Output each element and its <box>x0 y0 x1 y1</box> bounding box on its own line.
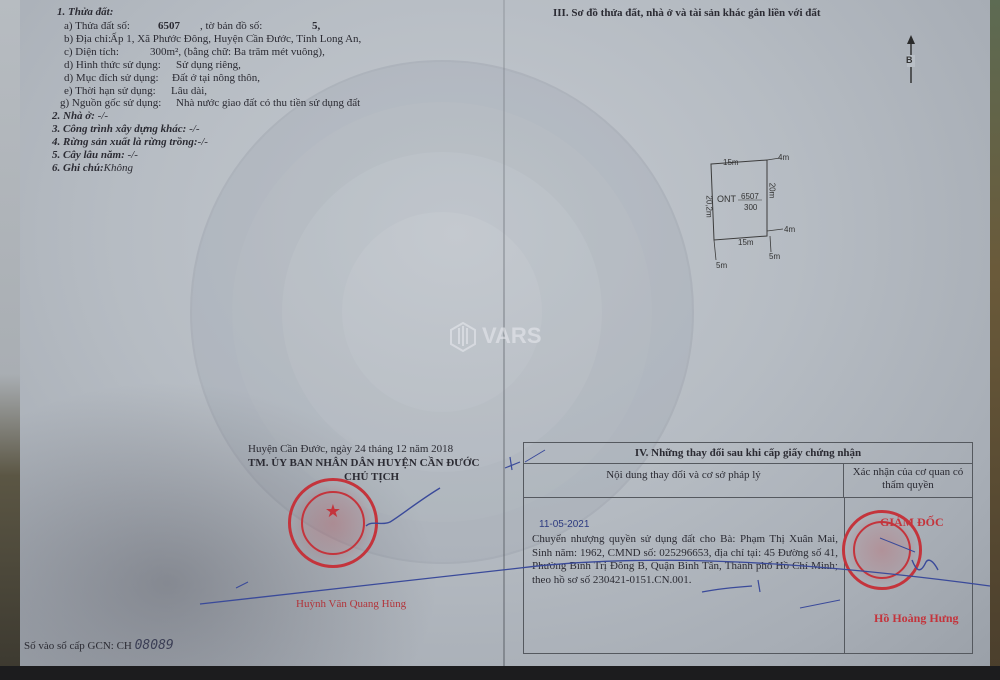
dimension-bottom-left: 5m <box>716 261 727 270</box>
use-form-row: d) Hình thức sử dụng:Sử dụng riêng, <box>64 59 241 72</box>
registry-value: 08089 <box>135 638 174 653</box>
item-value: -/- <box>127 149 137 161</box>
official-seal-right <box>842 510 922 590</box>
dimension-top-right: 4m <box>778 153 789 162</box>
changes-column-header-content: Nội dung thay đổi và cơ sở pháp lý <box>524 464 844 498</box>
issuing-authority: TM. ỦY BAN NHÂN DÂN HUYỆN CẦN ĐƯỚC <box>248 457 479 469</box>
dimension-left: 20,2m <box>705 195 714 217</box>
use-purpose-value: Đất ở tại nông thôn, <box>172 72 260 84</box>
origin-label: g) Nguồn gốc sử dụng: <box>60 97 176 110</box>
changes-column-header-confirmation: Xác nhận của cơ quan có thẩm quyền <box>844 464 972 498</box>
item-label: 3. Công trình xây dựng khác: <box>52 123 186 135</box>
item-value: -/- <box>189 123 199 135</box>
section3-title: III. Sơ đồ thửa đất, nhà ở và tài sản kh… <box>553 7 821 19</box>
area-row: c) Diện tích:300m², (bằng chữ: Ba trăm m… <box>64 46 325 59</box>
item-note: 6. Ghi chú:Không <box>52 162 133 175</box>
item-planted-forest: 4. Rừng sản xuất là rừng trồng:-/- <box>52 136 208 149</box>
address-value: Ấp 1, Xã Phước Đông, Huyện Cần Đước, Tỉn… <box>110 33 361 45</box>
use-purpose-row: d) Mục đích sử dụng:Đất ở tại nông thôn, <box>64 72 260 85</box>
dimension-bottom: 15m <box>738 238 754 247</box>
address-label: b) Địa chỉ: <box>64 33 110 46</box>
address-row: b) Địa chỉ:Ấp 1, Xã Phước Đông, Huyện Cầ… <box>64 33 361 46</box>
use-form-value: Sử dụng riêng, <box>176 59 241 71</box>
registry-label: Số vào sổ cấp GCN: CH <box>24 640 132 652</box>
column-divider <box>844 498 845 653</box>
signer-title: CHỦ TỊCH <box>344 471 399 483</box>
item-other-construction: 3. Công trình xây dựng khác: -/- <box>52 123 199 136</box>
dimension-top: 15m <box>723 158 739 167</box>
north-label: B <box>906 55 913 65</box>
item-label: 5. Cây lâu năm: <box>52 149 125 161</box>
official-seal-left: ★ <box>288 478 378 568</box>
area-label: c) Diện tích: <box>64 46 150 59</box>
issue-date-line: Huyện Cần Đước, ngày 24 tháng 12 năm 201… <box>248 443 453 455</box>
item-label: 2. Nhà ở: <box>52 110 95 122</box>
vars-logo-icon <box>450 322 476 352</box>
use-form-label: d) Hình thức sử dụng: <box>64 59 176 72</box>
origin-row: g) Nguồn gốc sử dụng:Nhà nước giao đất c… <box>60 97 360 110</box>
star-icon: ★ <box>325 501 341 522</box>
vars-watermark: VARS <box>450 322 542 352</box>
area-value: 300m², (bằng chữ: Ba trăm mét vuông), <box>150 46 325 58</box>
item-value: Không <box>104 162 133 174</box>
item-label: 4. Rừng sản xuất là rừng trồng: <box>52 136 198 148</box>
dimension-right: 20m <box>767 183 776 199</box>
diagram-parcel-number: 6507 <box>741 192 759 201</box>
registry-number: Số vào sổ cấp GCN: CH 08089 <box>24 638 174 653</box>
origin-value: Nhà nước giao đất có thu tiền sử dụng đấ… <box>176 97 360 109</box>
section1-heading: 1. Thửa đất: <box>57 6 113 19</box>
changes-table-title: IV. Những thay đổi sau khi cấp giấy chứn… <box>524 443 972 464</box>
dimension-bottom-right: 4m <box>784 225 795 234</box>
map-sheet-value: 5, <box>312 20 320 32</box>
item-value: -/- <box>98 110 108 122</box>
use-term-value: Lâu dài, <box>171 85 207 97</box>
confirming-signer-name: Hồ Hoàng Hưng <box>874 611 959 626</box>
dimension-bottom-right-down: 5m <box>769 252 780 261</box>
seal-inner-ring <box>853 521 911 579</box>
vars-brand-text: VARS <box>482 323 542 348</box>
item-value: -/- <box>198 136 208 148</box>
change-date: 11-05-2021 <box>539 519 589 530</box>
land-type-label: ONT <box>717 194 736 204</box>
use-purpose-label: d) Mục đích sử dụng: <box>64 72 172 85</box>
parcel-number-value: 6507 <box>158 20 200 33</box>
item-perennial-trees: 5. Cây lâu năm: -/- <box>52 149 138 162</box>
diagram-area: 300 <box>744 203 757 212</box>
background-bottom <box>0 666 1000 680</box>
item-house: 2. Nhà ở: -/- <box>52 110 108 123</box>
change-content: Chuyển nhượng quyền sử dụng đất cho Bà: … <box>532 533 838 587</box>
signer-name: Huỳnh Văn Quang Hùng <box>296 598 406 610</box>
item-label: 6. Ghi chú: <box>52 162 104 174</box>
parcel-number-row: a) Thửa đất số:6507, tờ bản đồ số:5, <box>64 20 320 33</box>
map-sheet-label: , tờ bản đồ số: <box>200 20 312 33</box>
parcel-number-label: a) Thửa đất số: <box>64 20 158 33</box>
